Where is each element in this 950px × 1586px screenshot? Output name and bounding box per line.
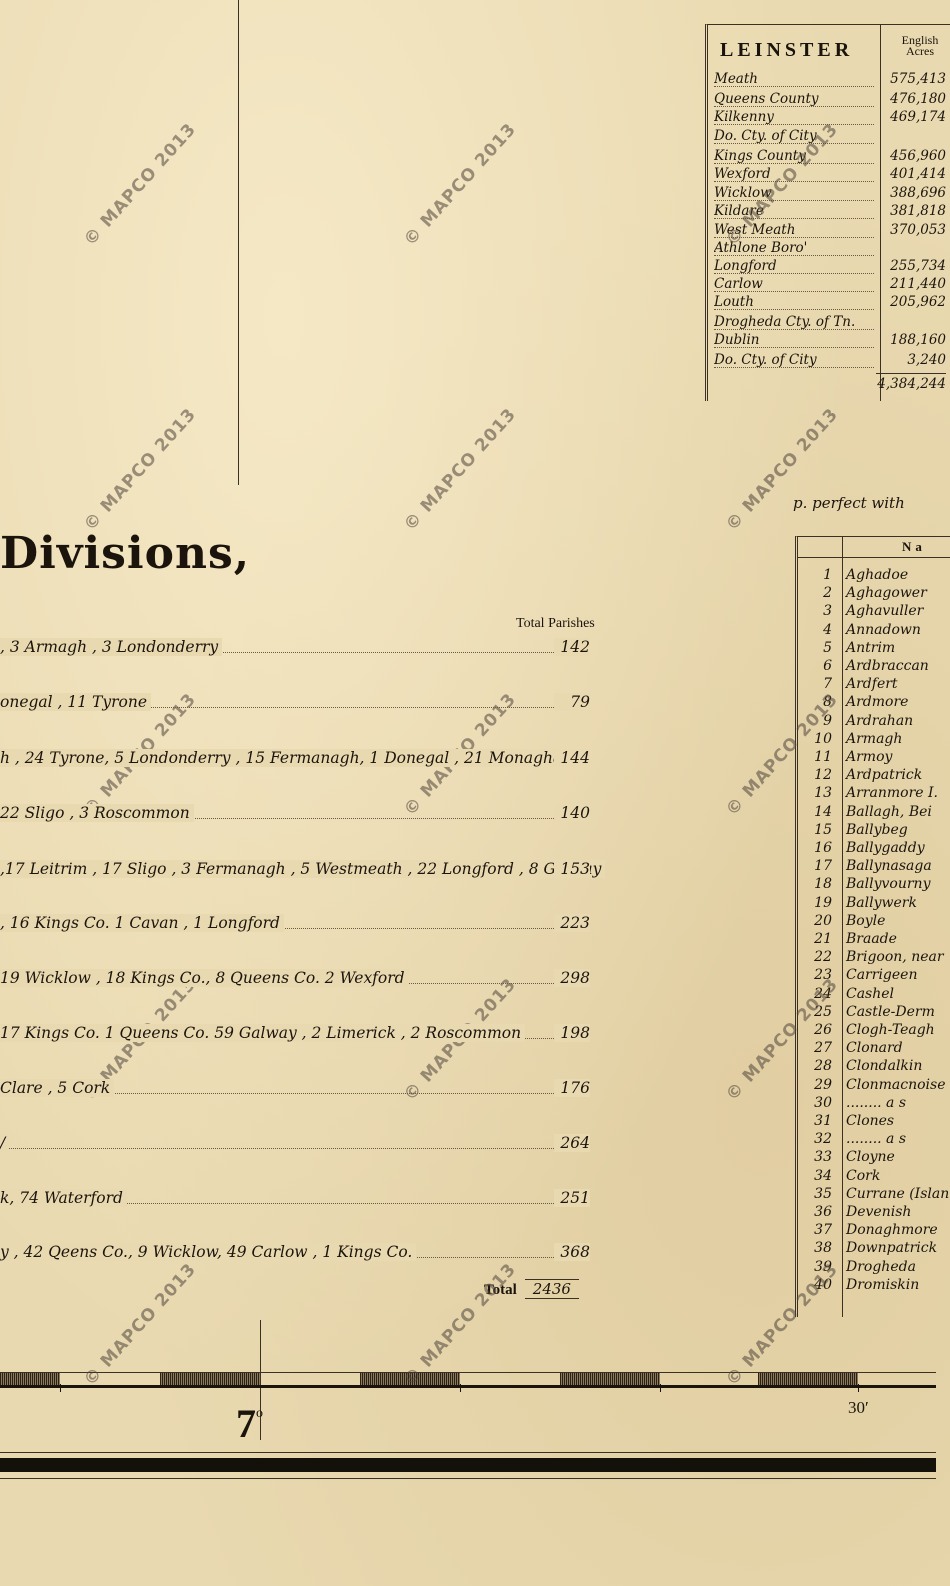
county-acres: 211,440 [882, 276, 946, 292]
division-parish-count: 298 [554, 969, 590, 987]
place-name: Braade [846, 931, 897, 947]
item-number: 29 [798, 1077, 832, 1093]
leinster-row: Kings County456,960 [714, 148, 950, 166]
place-name: Antrim [846, 640, 895, 656]
leinster-row: Meath575,413 [714, 71, 950, 89]
division-parish-count: 198 [554, 1024, 590, 1042]
division-counties: ,17 Leitrim , 17 Sligo , 3 Fermanagh , 5… [0, 860, 605, 878]
place-name: Clondalkin [846, 1058, 922, 1074]
county-name: Kildare [714, 203, 874, 219]
item-number: 6 [798, 658, 832, 674]
name-list-item: 17Ballynasaga [798, 858, 950, 876]
name-list-item: 16Ballygaddy [798, 840, 950, 858]
division-parish-count: 140 [554, 804, 590, 822]
watermark: © MAPCO 2013 [400, 404, 520, 535]
name-list-item: 3Aghavuller [798, 603, 950, 621]
leinster-row: Wexford401,414 [714, 166, 950, 184]
division-counties: , 3 Armagh , 3 Londonderry [0, 638, 222, 656]
division-counties: Clare , 5 Cork [0, 1079, 114, 1097]
division-counties: 17 Kings Co. 1 Queens Co. 59 Galway , 2 … [0, 1024, 525, 1042]
english-acres-header: English Acres [890, 35, 950, 57]
division-row: h , 24 Tyrone, 5 Londonderry , 15 Ferman… [0, 749, 590, 771]
leader-dots [0, 1148, 556, 1149]
degree-symbol: o [256, 1406, 263, 1421]
county-name: Longford [714, 258, 874, 274]
division-row: ,17 Leitrim , 17 Sligo , 3 Fermanagh , 5… [0, 860, 590, 882]
division-row: , 3 Armagh , 3 Londonderry142 [0, 638, 590, 660]
leinster-acreage-table: LEINSTER English Acres Meath575,413Queen… [705, 24, 950, 401]
item-number: 31 [798, 1113, 832, 1129]
place-name: Cashel [846, 986, 894, 1002]
place-name: Ballywerk [846, 895, 917, 911]
name-list-item: 11Armoy [798, 749, 950, 767]
county-name: Do. Cty. of City [714, 352, 874, 368]
name-list-item: 18Ballyvourny [798, 876, 950, 894]
county-acres: 255,734 [882, 258, 946, 274]
place-name: Currane (Islan [846, 1186, 949, 1202]
name-list-item: 20Boyle [798, 913, 950, 931]
division-counties: onegal , 11 Tyrone [0, 693, 151, 711]
division-row: k, 74 Waterford251 [0, 1189, 590, 1211]
division-parish-count: 142 [554, 638, 590, 656]
place-name: Ballybeg [846, 822, 908, 838]
item-number: 30 [798, 1095, 832, 1111]
place-name: Ballygaddy [846, 840, 925, 856]
name-list-item: 29Clonmacnoise [798, 1077, 950, 1095]
place-name: Drogheda [846, 1259, 916, 1275]
division-row: 22 Sligo , 3 Roscommon140 [0, 804, 590, 826]
name-list-item: 14Ballagh, Bei [798, 804, 950, 822]
county-name: Kilkenny [714, 109, 874, 125]
scale-tick [460, 1384, 461, 1392]
county-name: Wicklow [714, 185, 874, 201]
leinster-row: Longford255,734 [714, 258, 950, 276]
place-name: Donaghmore [846, 1222, 938, 1238]
item-number: 36 [798, 1204, 832, 1220]
leinster-title: LEINSTER [720, 39, 853, 62]
item-number: 18 [798, 876, 832, 892]
place-name: Devenish [846, 1204, 911, 1220]
item-number: 5 [798, 640, 832, 656]
scale-segment [758, 1373, 858, 1385]
item-number: 27 [798, 1040, 832, 1056]
longitude-scale-bar [0, 1372, 936, 1385]
place-name: Clonmacnoise [846, 1077, 946, 1093]
county-acres: 388,696 [882, 185, 946, 201]
place-name: Ardpatrick [846, 767, 922, 783]
division-parish-count: 251 [554, 1189, 590, 1207]
leinster-row: Drogheda Cty. of Tn. [714, 314, 950, 332]
item-number: 3 [798, 603, 832, 619]
item-number: 21 [798, 931, 832, 947]
item-number: 13 [798, 785, 832, 801]
item-number: 16 [798, 840, 832, 856]
division-counties: , 16 Kings Co. 1 Cavan , 1 Longford [0, 914, 284, 932]
scale-tick [60, 1384, 61, 1392]
map-border-line [0, 1478, 936, 1479]
county-acres: 381,818 [882, 203, 946, 219]
county-name: Drogheda Cty. of Tn. [714, 314, 874, 330]
name-list-item: 34Cork [798, 1168, 950, 1186]
longitude-degree-label: 7o [236, 1400, 263, 1447]
leinster-row: Queens County476,180 [714, 91, 950, 109]
name-list-item: 35Currane (Islan [798, 1186, 950, 1204]
place-name: Annadown [846, 622, 921, 638]
division-row: /264 [0, 1134, 590, 1156]
item-number: 17 [798, 858, 832, 874]
place-name: Downpatrick [846, 1240, 937, 1256]
name-list-item: 27Clonard [798, 1040, 950, 1058]
name-list-item: 7Ardfert [798, 676, 950, 694]
county-name: Dublin [714, 332, 874, 348]
division-parish-count: 223 [554, 914, 590, 932]
name-list-item: 22Brigoon, near [798, 949, 950, 967]
name-list-item: 5Antrim [798, 640, 950, 658]
place-name: Brigoon, near [846, 949, 944, 965]
longitude-minute-label: 30′ [848, 1398, 869, 1418]
division-parish-count: 176 [554, 1079, 590, 1097]
name-list-item: 1Aghadoe [798, 567, 950, 585]
division-parish-count: 153 [554, 860, 590, 878]
name-list-item: 2Aghagower [798, 585, 950, 603]
item-number: 4 [798, 622, 832, 638]
degree-value: 7 [236, 1401, 256, 1446]
name-list-item: 4Annadown [798, 622, 950, 640]
name-list-item: 28Clondalkin [798, 1058, 950, 1076]
scale-tick [660, 1384, 661, 1392]
division-row: y , 42 Qeens Co., 9 Wicklow, 49 Carlow ,… [0, 1243, 590, 1265]
item-number: 20 [798, 913, 832, 929]
leinster-total: 4,384,244 [876, 373, 946, 392]
watermark: © MAPCO 2013 [80, 1259, 200, 1390]
name-list-item: 19Ballywerk [798, 895, 950, 913]
county-acres: 456,960 [882, 148, 946, 164]
scale-segment [560, 1373, 660, 1385]
scale-baseline [0, 1385, 936, 1388]
name-list-item: 37Donaghmore [798, 1222, 950, 1240]
leinster-row: Louth205,962 [714, 294, 950, 312]
place-name: Ardrahan [846, 713, 913, 729]
place-name: Carrigeen [846, 967, 917, 983]
item-number: 1 [798, 567, 832, 583]
name-list-item: 33Cloyne [798, 1149, 950, 1167]
place-name: Dromiskin [846, 1277, 919, 1293]
place-name: Ardmore [846, 694, 908, 710]
division-counties: / [0, 1134, 9, 1152]
total-parishes-header: Total Parishes [516, 616, 595, 632]
place-name: ........ a s [846, 1131, 906, 1147]
place-name: Castle-Derm [846, 1004, 935, 1020]
name-list-item: 32........ a s [798, 1131, 950, 1149]
map-grid-line [238, 0, 239, 485]
division-parish-count: 144 [554, 749, 590, 767]
county-name: Louth [714, 294, 874, 310]
division-counties: y , 42 Qeens Co., 9 Wicklow, 49 Carlow ,… [0, 1243, 416, 1261]
name-list-item: 30........ a s [798, 1095, 950, 1113]
item-number: 35 [798, 1186, 832, 1202]
division-row: , 16 Kings Co. 1 Cavan , 1 Longford223 [0, 914, 590, 936]
county-acres: 3,240 [882, 352, 946, 368]
place-name: Aghavuller [846, 603, 923, 619]
place-name: Armagh [846, 731, 902, 747]
place-name: ........ a s [846, 1095, 906, 1111]
watermark: © MAPCO 2013 [400, 119, 520, 250]
division-parish-count: 368 [554, 1243, 590, 1261]
name-list-item: 36Devenish [798, 1204, 950, 1222]
county-name: Carlow [714, 276, 874, 292]
names-intro-text: p. perfect with [793, 494, 905, 512]
place-name: Clonard [846, 1040, 903, 1056]
place-name: Clogh-Teagh [846, 1022, 935, 1038]
county-name: Do. Cty. of City [714, 128, 874, 144]
place-name: Arranmore I. [846, 785, 938, 801]
place-name: Ballynasaga [846, 858, 932, 874]
place-name: Cloyne [846, 1149, 895, 1165]
item-number: 11 [798, 749, 832, 765]
watermark: © MAPCO 2013 [722, 1259, 842, 1390]
division-counties: 22 Sligo , 3 Roscommon [0, 804, 194, 822]
division-parish-count: 79 [554, 693, 590, 711]
watermark: © MAPCO 2013 [80, 119, 200, 250]
map-border-thick [0, 1458, 936, 1472]
item-number: 28 [798, 1058, 832, 1074]
leinster-row: Do. Cty. of City3,240 [714, 352, 950, 370]
map-border-line [0, 1452, 936, 1453]
item-number: 19 [798, 895, 832, 911]
name-list-item: 38Downpatrick [798, 1240, 950, 1258]
item-number: 15 [798, 822, 832, 838]
leinster-row: Carlow211,440 [714, 276, 950, 294]
name-list-item: 26Clogh-Teagh [798, 1022, 950, 1040]
item-number: 34 [798, 1168, 832, 1184]
division-counties: 19 Wicklow , 18 Kings Co., 8 Queens Co. … [0, 969, 409, 987]
place-name: Ardbraccan [846, 658, 929, 674]
name-list-item: 15Ballybeg [798, 822, 950, 840]
division-counties: k, 74 Waterford [0, 1189, 127, 1207]
name-list-item: 10Armagh [798, 731, 950, 749]
county-name: Meath [714, 71, 874, 87]
place-name: Aghadoe [846, 567, 908, 583]
division-parish-count: 264 [554, 1134, 590, 1152]
county-acres: 476,180 [882, 91, 946, 107]
place-name: Clones [846, 1113, 894, 1129]
place-name: Cork [846, 1168, 880, 1184]
county-name: Queens County [714, 91, 874, 107]
name-list-item: 31Clones [798, 1113, 950, 1131]
names-table: Na 1Aghadoe2Aghagower3Aghavuller4Annadow… [795, 536, 950, 1317]
divisions-title: Divisions, [0, 528, 250, 579]
item-number: 12 [798, 767, 832, 783]
watermark: © MAPCO 2013 [80, 404, 200, 535]
county-acres: 401,414 [882, 166, 946, 182]
county-acres: 188,160 [882, 332, 946, 348]
place-name: Ballagh, Bei [846, 804, 932, 820]
place-name: Boyle [846, 913, 885, 929]
watermark: © MAPCO 2013 [400, 1259, 520, 1390]
place-name: Aghagower [846, 585, 927, 601]
name-list-item: 21Braade [798, 931, 950, 949]
division-counties: h , 24 Tyrone, 5 Londonderry , 15 Ferman… [0, 749, 576, 767]
county-acres: 575,413 [882, 71, 946, 87]
item-number: 33 [798, 1149, 832, 1165]
item-number: 37 [798, 1222, 832, 1238]
item-number: 38 [798, 1240, 832, 1256]
total-value: 2436 [525, 1279, 579, 1299]
item-number: 22 [798, 949, 832, 965]
name-list-item: 13Arranmore I. [798, 785, 950, 803]
division-row: 17 Kings Co. 1 Queens Co. 59 Galway , 2 … [0, 1024, 590, 1046]
county-acres: 469,174 [882, 109, 946, 125]
names-header: Na [902, 539, 926, 555]
scale-segment [0, 1373, 60, 1385]
header-rule [798, 557, 950, 558]
name-list-item: 6Ardbraccan [798, 658, 950, 676]
item-number: 2 [798, 585, 832, 601]
scale-segment [160, 1373, 260, 1385]
place-name: Armoy [846, 749, 892, 765]
watermark: © MAPCO 2013 [722, 404, 842, 535]
place-name: Ballyvourny [846, 876, 930, 892]
place-name: Ardfert [846, 676, 898, 692]
leinster-row: Dublin188,160 [714, 332, 950, 350]
county-acres: 205,962 [882, 294, 946, 310]
item-number: 14 [798, 804, 832, 820]
county-acres: 370,053 [882, 222, 946, 238]
leinster-row: Wicklow388,696 [714, 185, 950, 203]
leinster-row: Athlone Boro' [714, 240, 950, 258]
scale-tick [858, 1384, 859, 1392]
item-number: 32 [798, 1131, 832, 1147]
name-list-item: 12Ardpatrick [798, 767, 950, 785]
